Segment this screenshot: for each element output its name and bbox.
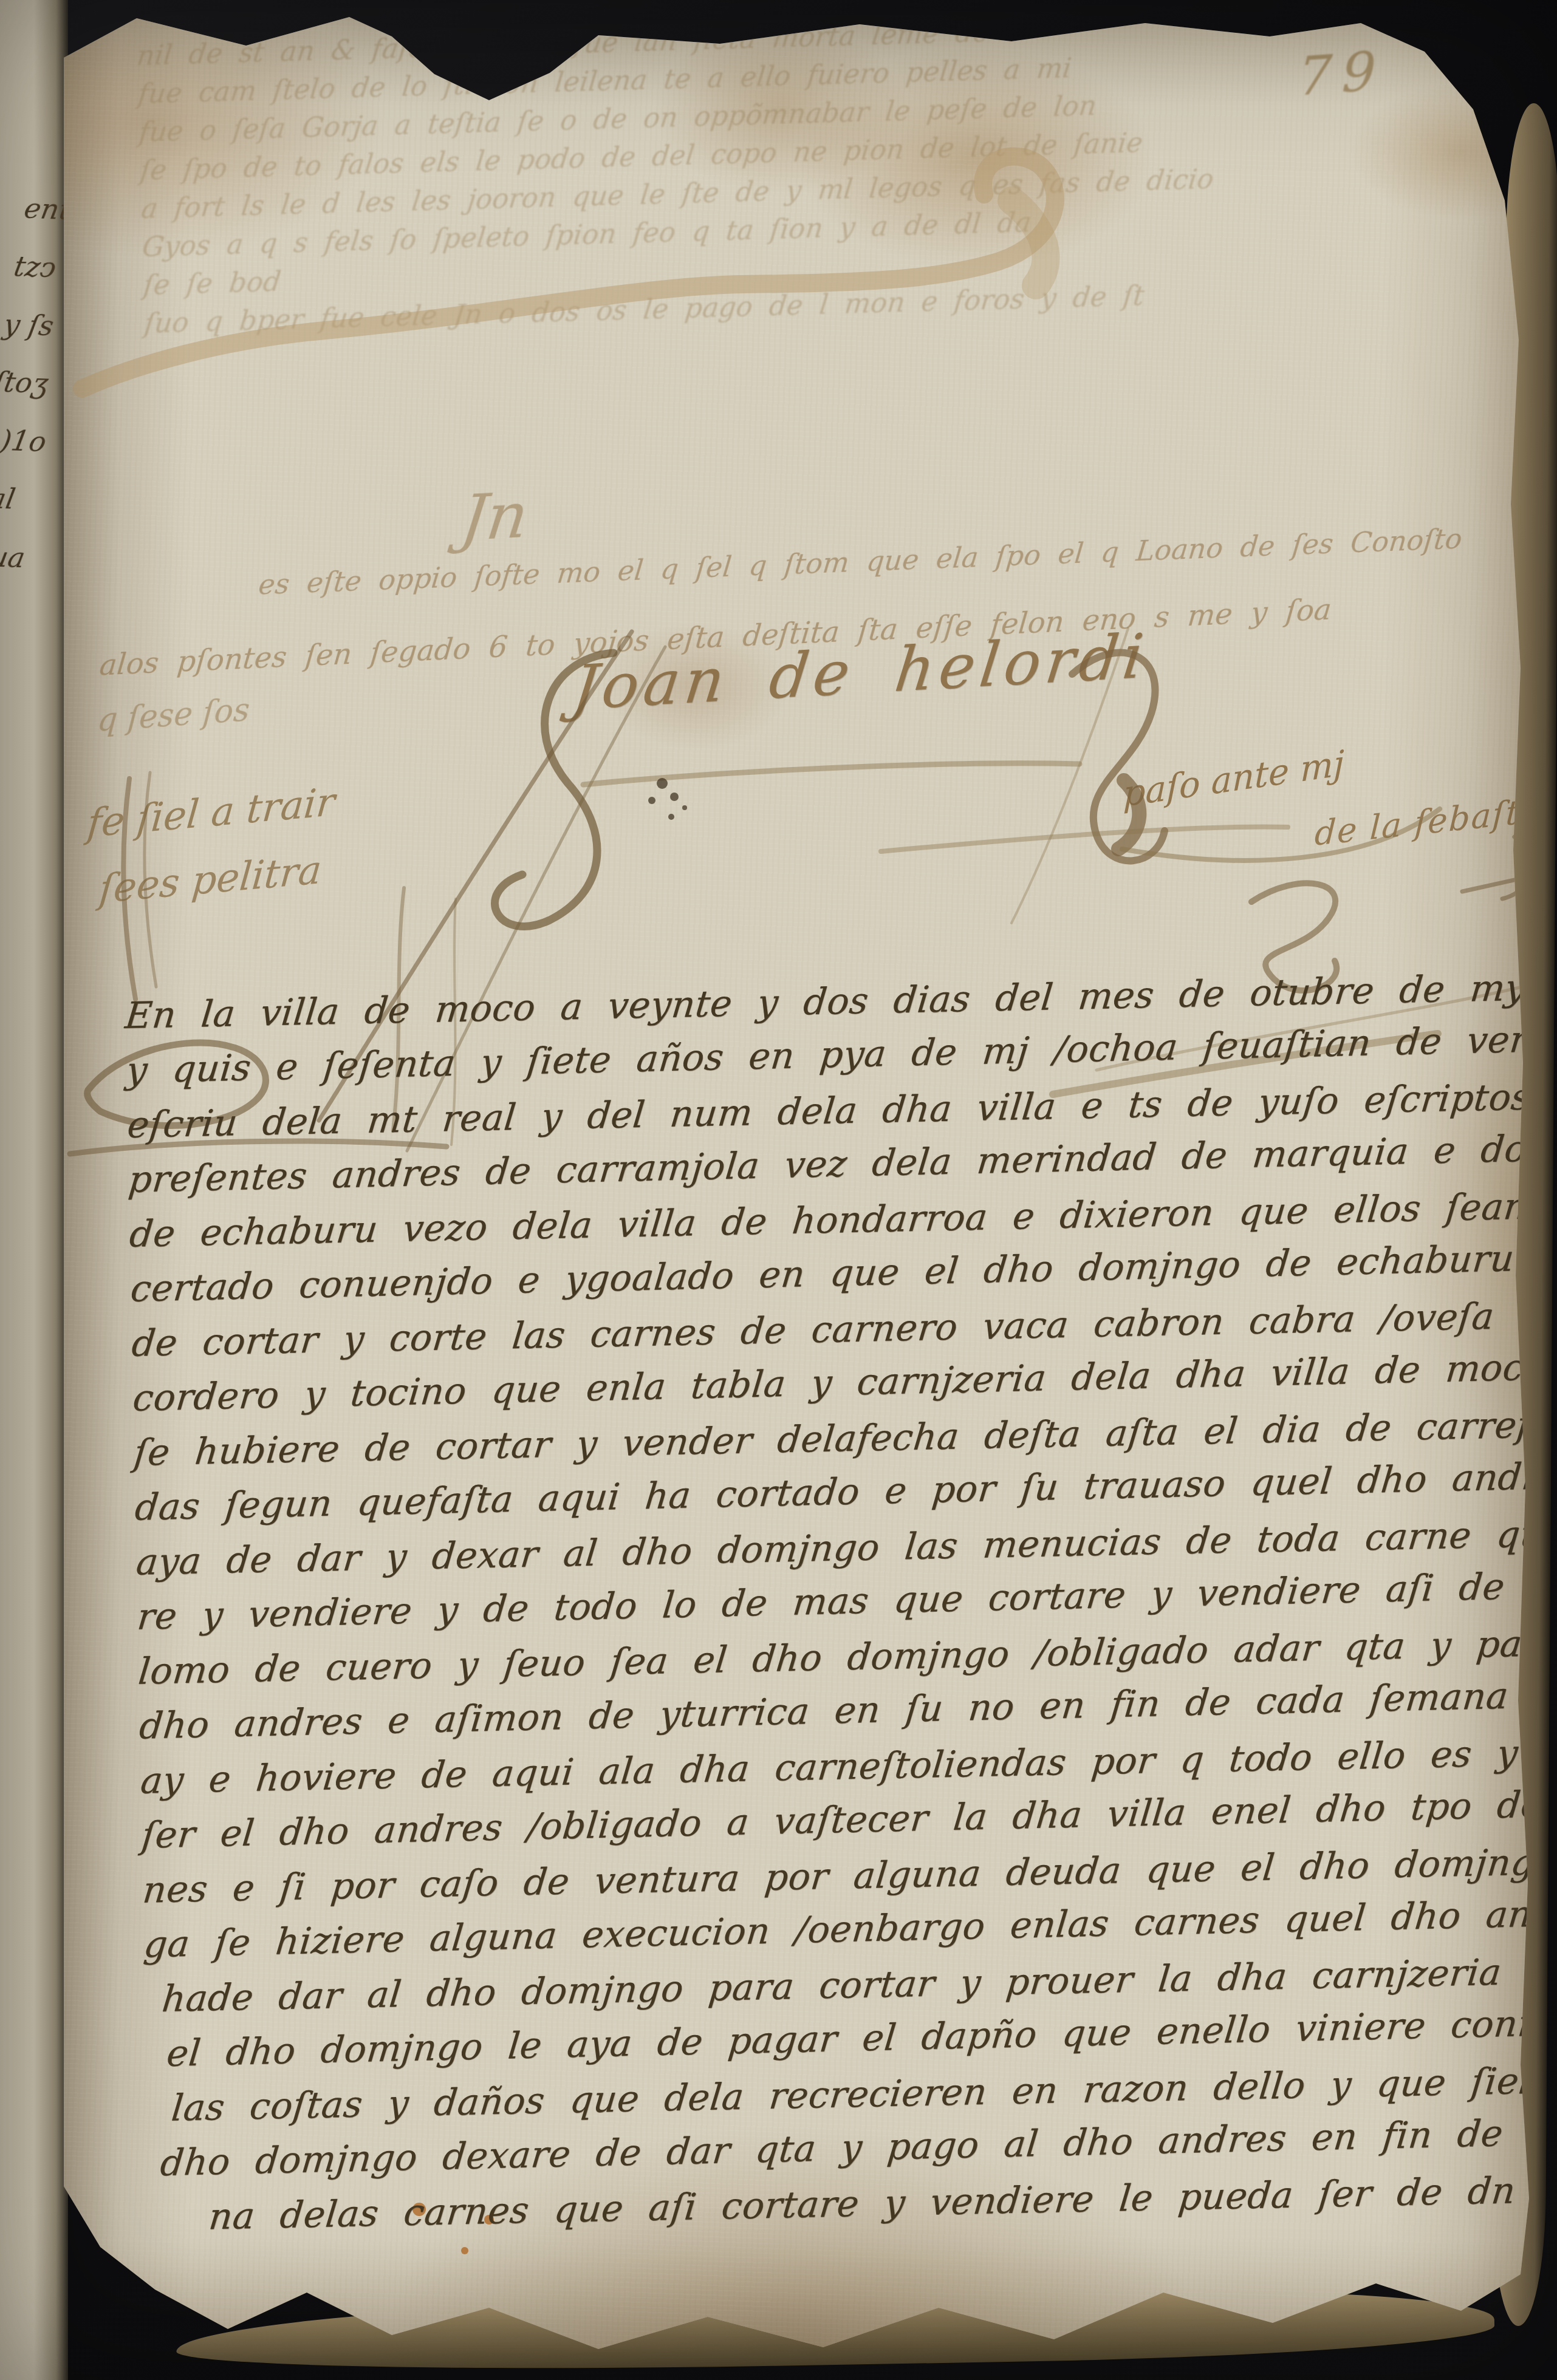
manuscript-photo: enuſtzↄy ſsſtoʒo)1oʒalxtua [0, 0, 1557, 2380]
body-text-block: En la villa de moco a veynte y dos dias … [121, 960, 1557, 2245]
facing-page-edge: enuſtzↄy ſsſtoʒo)1oʒalxtua [0, 0, 68, 2380]
ink-smear-stroke [82, 157, 1055, 389]
facing-fragment-6: ʒal [0, 469, 58, 530]
ink-blot [648, 778, 687, 820]
facing-fragment-5: o)1o [0, 411, 68, 471]
facing-fragment-7: xtua [0, 527, 47, 587]
manuscript-page: 79 nil de st an & faſon po ues fue lan ſ… [64, 0, 1543, 2380]
signature-swash [583, 629, 1288, 923]
